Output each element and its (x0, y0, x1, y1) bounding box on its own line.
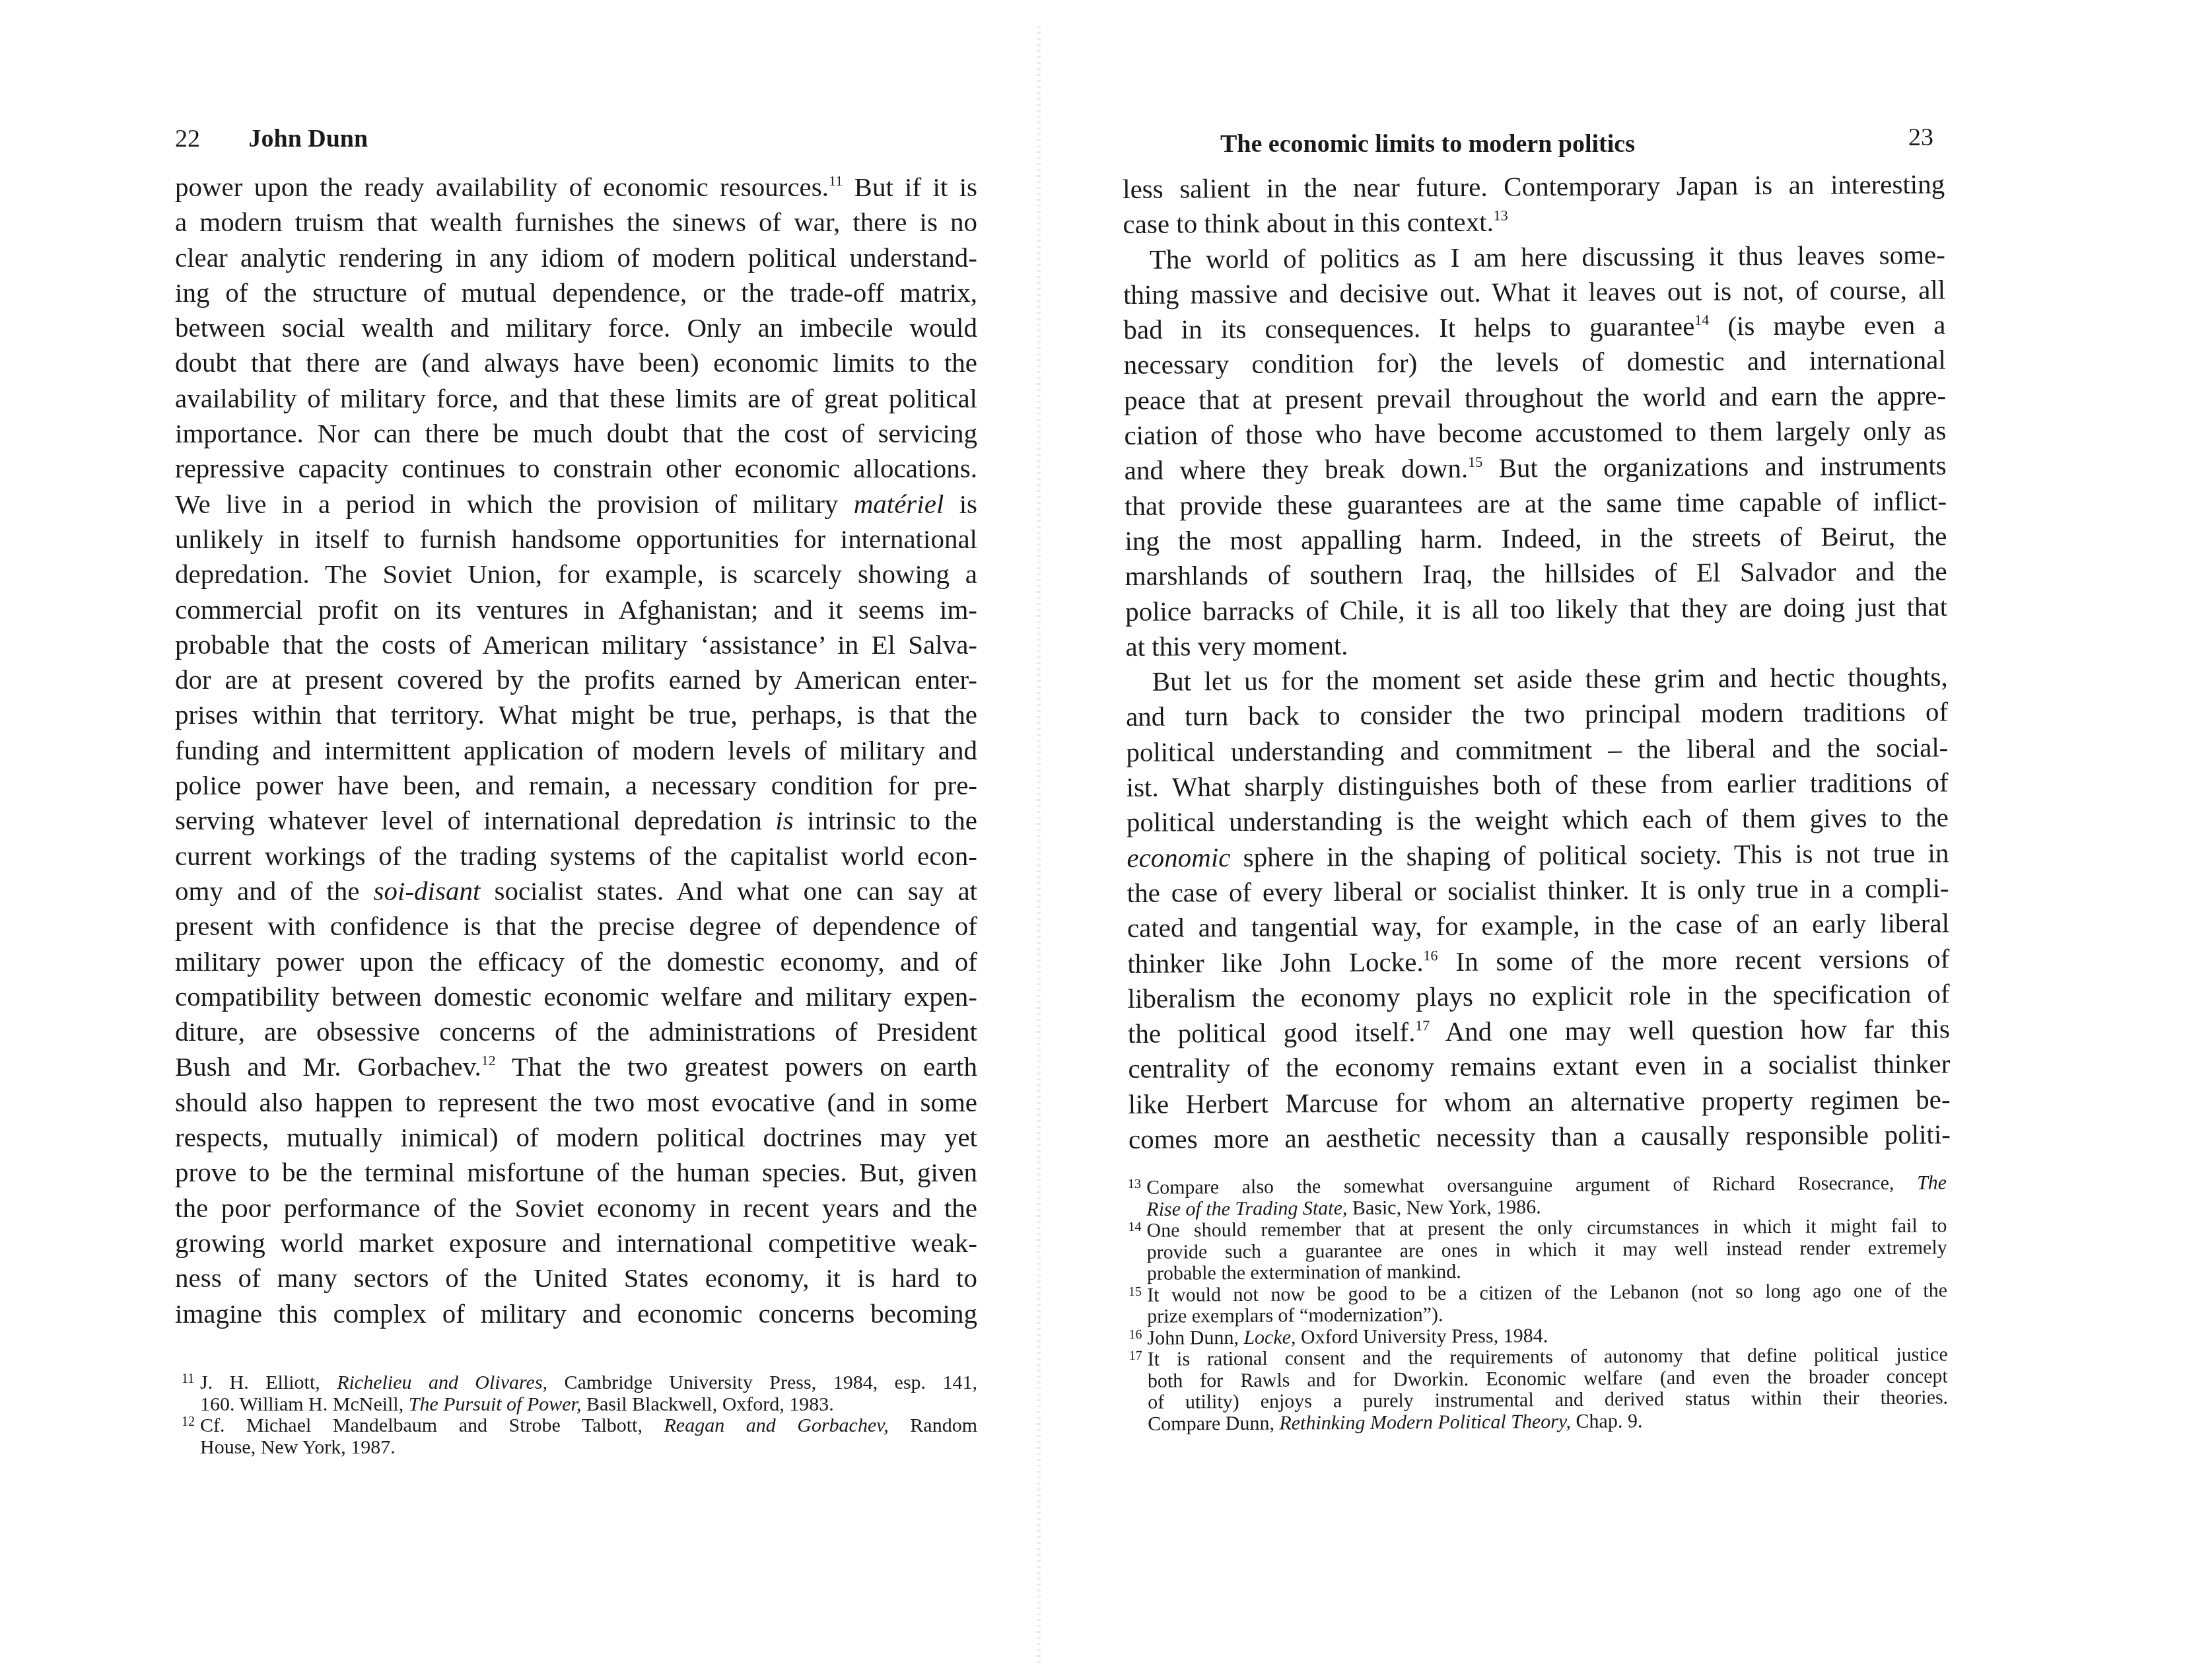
text-run: liberalism the economy plays no explicit… (1128, 978, 1950, 1014)
footnote-reference: 15 (1468, 454, 1482, 470)
text-run: funding and intermittent application of … (175, 735, 977, 765)
text-run: the political good itself. (1128, 1016, 1416, 1049)
paragraph-first-line: But let us for the moment set aside thes… (1126, 660, 1948, 700)
text-run: omy and of the (175, 876, 374, 906)
text-run: Cambridge University Press, 1984, esp. 1… (547, 1372, 977, 1393)
text-run: should also happen to represent the two … (175, 1087, 977, 1117)
text-line: compatibility between domestic economic … (175, 979, 977, 1014)
text-run: prises within that territory. What might… (175, 699, 977, 730)
footnote-number: 11 (182, 1368, 194, 1390)
italic-text: Rethinking Modern Political Theory, (1279, 1410, 1571, 1434)
footnote-reference: 11 (829, 172, 843, 189)
text-run: (is maybe even a (1709, 310, 1945, 341)
text-line: unlikely in itself to furnish handsome o… (175, 522, 977, 557)
text-line: case to think about in this context.13 (1123, 202, 1945, 242)
text-run: importance. Nor can there be much doubt … (175, 418, 977, 448)
text-run: availability of military force, and that… (175, 383, 977, 413)
text-run: Bush and Mr. Gorbachev. (175, 1051, 481, 1082)
text-run: probable that the costs of American mili… (175, 629, 977, 660)
footnote-number: 13 (1128, 1173, 1141, 1195)
text-run: current workings of the trading systems … (175, 841, 977, 871)
text-run: depredation. The Soviet Union, for examp… (175, 559, 977, 589)
text-line: commercial profit on its ventures in Afg… (175, 592, 977, 627)
right-footnotes: 13Compare also the somewhat oversanguine… (1128, 1172, 1948, 1435)
text-line: less salient in the near future. Contemp… (1123, 166, 1945, 207)
text-line: between social wealth and military force… (175, 310, 977, 345)
italic-text: The Pursuit of Power, (409, 1393, 582, 1415)
left-footnotes: 11J. H. Elliott, Richelieu and Olivares,… (182, 1372, 977, 1458)
text-run: John Dunn, (1147, 1326, 1243, 1348)
text-line: omy and of the soi-disant socialist stat… (175, 874, 977, 909)
text-run: that provide these guarantees are at the… (1125, 485, 1947, 521)
text-run: imagine this complex of military and eco… (175, 1298, 977, 1329)
italic-text: Reagan and Gorbachev, (664, 1415, 889, 1436)
text-line: ing the most appalling harm. Indeed, in … (1125, 518, 1947, 559)
text-line: ness of many sectors of the United State… (175, 1261, 977, 1296)
text-run: the case of every liberal or socialist t… (1127, 872, 1949, 908)
text-run: Compare Dunn, (1148, 1412, 1279, 1434)
text-run: comes more an aesthetic necessity than a… (1128, 1119, 1951, 1154)
text-run: the poor performance of the Soviet econo… (175, 1193, 977, 1223)
text-run: present with confidence is that the prec… (175, 911, 977, 941)
text-run: like Herbert Marcuse for whom an alterna… (1128, 1084, 1950, 1119)
right-running-head-title: The economic limits to modern politics (1220, 129, 1635, 158)
page-number: 23 (1908, 123, 1933, 151)
text-run: ing the most appalling harm. Indeed, in … (1125, 520, 1947, 556)
text-run: intrinsic to the (794, 805, 977, 835)
text-run: serving whatever level of international … (175, 805, 775, 835)
text-line: ing of the structure of mutual dependenc… (175, 275, 977, 310)
text-run: ing of the structure of mutual dependenc… (175, 277, 977, 308)
text-run: unlikely in itself to furnish handsome o… (175, 524, 977, 554)
italic-text: is (775, 805, 793, 835)
paragraph-first-line: The world of politics as I am here discu… (1123, 237, 1945, 277)
text-run: respects, mutually inimical) of modern p… (175, 1122, 977, 1152)
footnote-reference: 13 (1494, 207, 1508, 224)
footnote-line: 160. William H. McNeill, The Pursuit of … (182, 1394, 977, 1416)
text-run: cated and tangential way, for example, i… (1127, 908, 1949, 944)
chapter-title: The economic limits to modern politics (1220, 130, 1635, 158)
page-gutter (1037, 26, 1041, 1664)
text-line: military power upon the efficacy of the … (175, 944, 977, 979)
text-line: the case of every liberal or socialist t… (1127, 870, 1949, 911)
text-run: between social wealth and military force… (175, 312, 977, 343)
text-run: clear analytic rendering in any idiom of… (175, 242, 977, 273)
footnote-number: 16 (1128, 1323, 1142, 1345)
text-line: marshlands of southern Iraq, the hillsid… (1125, 554, 1947, 594)
text-line: diture, are obsessive concerns of the ad… (175, 1014, 977, 1049)
text-line: thing massive and decisive out. What it … (1123, 272, 1945, 312)
text-run: power upon the ready availability of eco… (175, 172, 829, 202)
footnote-line: House, New York, 1987. (182, 1437, 977, 1459)
footnote-number: 17 (1129, 1345, 1142, 1367)
text-run: socialist states. And what one can say a… (480, 876, 977, 906)
text-line: comes more an aesthetic necessity than a… (1128, 1117, 1951, 1157)
italic-text: The (1917, 1172, 1947, 1193)
footnote-reference: 17 (1415, 1017, 1430, 1033)
footnote-line: Compare Dunn, Rethinking Modern Politica… (1129, 1409, 1948, 1435)
text-line: probable that the costs of American mili… (175, 627, 977, 662)
footnote-reference: 16 (1423, 947, 1438, 963)
text-line: ist. What sharply distinguishes both of … (1127, 765, 1949, 805)
footnote-line: 12Cf. Michael Mandelbaum and Strobe Talb… (182, 1415, 977, 1437)
text-run: Basil Blackwell, Oxford, 1983. (581, 1393, 833, 1415)
text-run: House, New York, 1987. (200, 1436, 396, 1458)
text-line: clear analytic rendering in any idiom of… (175, 240, 977, 275)
text-run: ist. What sharply distinguishes both of … (1127, 767, 1949, 802)
author-name: John Dunn (249, 125, 368, 153)
text-run: case to think about in this context. (1123, 207, 1494, 239)
text-line: doubt that there are (and always have be… (175, 345, 977, 380)
text-run: prize exemplars of “modernization”). (1147, 1304, 1443, 1327)
text-run: The world of politics as I am here discu… (1150, 239, 1945, 274)
text-run: compatibility between domestic economic … (175, 981, 977, 1012)
text-line: imagine this complex of military and eco… (175, 1296, 977, 1331)
left-page: 22 John Dunn power upon the ready availa… (0, 0, 1057, 1680)
text-run: commercial profit on its ventures in Afg… (175, 594, 977, 625)
text-run: Random (889, 1415, 977, 1436)
footnote: 14One should remember that at present th… (1128, 1215, 1947, 1284)
italic-text: Locke, (1243, 1326, 1296, 1348)
text-line: prises within that territory. What might… (175, 697, 977, 732)
text-run: dor are at present covered by the profit… (175, 664, 977, 695)
right-page-number-wrap: 23 (1908, 123, 1933, 152)
text-line: that provide these guarantees are at the… (1125, 483, 1947, 524)
text-run: We live in a period in which the provisi… (175, 489, 854, 519)
text-line: growing world market exposure and intern… (175, 1226, 977, 1261)
text-line: political understanding is the weight wh… (1127, 800, 1949, 841)
italic-text: soi-disant (374, 876, 481, 906)
text-run: doubt that there are (and always have be… (175, 347, 977, 378)
text-run: repressive capacity continues to constra… (175, 453, 977, 483)
text-line: availability of military force, and that… (175, 381, 977, 416)
text-line: political understanding and commitment –… (1126, 730, 1948, 770)
italic-text: Richelieu and Olivares, (337, 1372, 547, 1393)
text-line: importance. Nor can there be much doubt … (175, 416, 977, 451)
italic-text: economic (1127, 842, 1230, 873)
text-run: thing massive and decisive out. What it … (1123, 274, 1945, 310)
text-run: growing world market exposure and intern… (175, 1228, 977, 1258)
text-line: centrality of the economy remains extant… (1128, 1047, 1950, 1087)
text-line: liberalism the economy plays no explicit… (1127, 976, 1949, 1016)
text-run: thinker like John Locke. (1127, 946, 1424, 979)
text-line: the political good itself.17 And one may… (1128, 1011, 1950, 1051)
left-running-head: 22 John Dunn (175, 124, 368, 153)
text-run: But if it is (843, 172, 977, 202)
right-body-text: less salient in the near future. Contemp… (1123, 166, 1951, 1157)
text-run: military power upon the efficacy of the … (175, 946, 977, 977)
text-line: thinker like John Locke.16 In some of th… (1127, 941, 1949, 981)
text-run: at this very moment. (1125, 630, 1348, 662)
text-line: depredation. The Soviet Union, for examp… (175, 557, 977, 592)
footnote: 15It would not now be good to be a citiz… (1128, 1280, 1947, 1328)
text-line: dor are at present covered by the profit… (175, 662, 977, 697)
text-run: ciation of those who have become accusto… (1124, 415, 1946, 450)
text-run: 160. William H. McNeill, (200, 1393, 409, 1415)
text-run: That the two greatest powers on earth (496, 1051, 977, 1082)
text-run: And one may well question how far this (1430, 1013, 1950, 1047)
text-run: diture, are obsessive concerns of the ad… (175, 1016, 977, 1047)
text-run: is (944, 489, 977, 519)
text-line: the poor performance of the Soviet econo… (175, 1191, 977, 1226)
text-line: current workings of the trading systems … (175, 839, 977, 874)
text-line: necessary condition for) the levels of d… (1124, 343, 1946, 383)
text-line: peace that at present prevail throughout… (1124, 378, 1946, 418)
text-run: political understanding and commitment –… (1126, 732, 1948, 767)
text-run: necessary condition for) the levels of d… (1124, 345, 1946, 380)
text-run: police barracks of Chile, it is all too … (1125, 591, 1947, 627)
text-line: prove to be the terminal misfortune of t… (175, 1155, 977, 1190)
footnote: 11J. H. Elliott, Richelieu and Olivares,… (182, 1372, 977, 1415)
footnote-number: 14 (1128, 1216, 1141, 1238)
text-run: Cf. Michael Mandelbaum and Strobe Talbot… (200, 1415, 664, 1436)
text-line: respects, mutually inimical) of modern p… (175, 1120, 977, 1155)
footnote: 13Compare also the somewhat oversanguine… (1128, 1172, 1947, 1220)
footnote: 17It is rational consent and the require… (1129, 1344, 1949, 1435)
text-line: and where they break down.15 But the org… (1125, 448, 1947, 489)
text-line: police barracks of Chile, it is all too … (1125, 589, 1947, 629)
text-run: and where they break down. (1125, 453, 1469, 485)
text-run: political understanding is the weight wh… (1127, 802, 1949, 838)
text-line: Bush and Mr. Gorbachev.12 That the two g… (175, 1049, 977, 1084)
text-run: J. H. Elliott, (200, 1372, 337, 1393)
text-line: present with confidence is that the prec… (175, 909, 977, 944)
footnote: 12Cf. Michael Mandelbaum and Strobe Talb… (182, 1415, 977, 1458)
text-run: less salient in the near future. Contemp… (1123, 168, 1945, 204)
text-line: funding and intermittent application of … (175, 733, 977, 768)
text-line: power upon the ready availability of eco… (175, 170, 977, 205)
text-line: bad in its consequences. It helps to gua… (1123, 308, 1945, 348)
text-run: a modern truism that wealth furnishes th… (175, 207, 977, 237)
text-line: economic sphere in the shaping of politi… (1127, 835, 1949, 876)
text-line: a modern truism that wealth furnishes th… (175, 205, 977, 240)
text-run: police power have been, and remain, a ne… (175, 770, 977, 800)
footnote-number: 12 (182, 1411, 195, 1433)
italic-text: Rise of the Trading State, (1146, 1197, 1347, 1220)
text-run: sphere in the shaping of political socie… (1230, 837, 1949, 872)
text-run: ness of many sectors of the United State… (175, 1263, 977, 1293)
text-run: peace that at present prevail throughout… (1124, 380, 1946, 415)
text-run: centrality of the economy remains extant… (1128, 1049, 1950, 1084)
footnote-reference: 14 (1694, 312, 1709, 328)
text-line: should also happen to represent the two … (175, 1085, 977, 1120)
footnote-reference: 12 (481, 1052, 496, 1068)
left-body-text: power upon the ready availability of eco… (175, 170, 977, 1331)
page-number: 22 (175, 125, 200, 153)
text-line: repressive capacity continues to constra… (175, 451, 977, 486)
text-line: at this very moment. (1125, 624, 1947, 664)
text-run: But let us for the moment set aside thes… (1152, 662, 1948, 697)
italic-text: matériel (854, 489, 944, 519)
text-run: bad in its consequences. It helps to gua… (1123, 311, 1694, 345)
text-line: and turn back to consider the two princi… (1126, 695, 1948, 735)
text-line: serving whatever level of international … (175, 803, 977, 838)
text-line: like Herbert Marcuse for whom an alterna… (1128, 1082, 1950, 1122)
text-run: prove to be the terminal misfortune of t… (175, 1157, 977, 1187)
text-run: and turn back to consider the two princi… (1126, 697, 1948, 732)
text-run: But the organizations and instruments (1482, 450, 1947, 483)
text-run: probable the extermination of mankind. (1147, 1261, 1461, 1284)
text-line: cated and tangential way, for example, i… (1127, 906, 1949, 946)
text-line: We live in a period in which the provisi… (175, 487, 977, 522)
text-run: marshlands of southern Iraq, the hillsid… (1125, 556, 1947, 592)
text-run: Basic, New York, 1986. (1347, 1196, 1541, 1219)
right-page: The economic limits to modern politics 2… (1057, 0, 2187, 1680)
text-run: Oxford University Press, 1984. (1296, 1325, 1548, 1348)
footnote-number: 15 (1128, 1280, 1142, 1302)
footnote-line: 11J. H. Elliott, Richelieu and Olivares,… (182, 1372, 977, 1394)
text-line: police power have been, and remain, a ne… (175, 768, 977, 803)
text-run: In some of the more recent versions of (1438, 943, 1949, 977)
text-run: Chap. 9. (1571, 1410, 1643, 1432)
text-line: ciation of those who have become accusto… (1124, 413, 1946, 453)
